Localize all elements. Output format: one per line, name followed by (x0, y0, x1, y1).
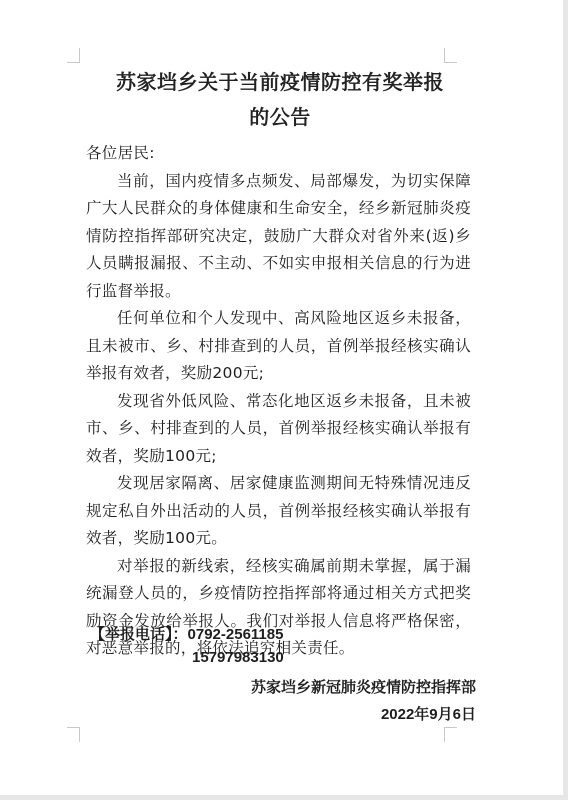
greeting: 各位居民: (86, 140, 471, 168)
paragraph-high-risk-reward: 任何单位和个人发现中、高风险地区返乡未报备，且未被市、乡、村排查到的人员，首例举… (86, 305, 471, 388)
hotline-label: 【举报电话】： (90, 625, 188, 643)
document-title-line-1: 苏家垱乡关于当前疫情防控有奖举报 (60, 66, 500, 95)
page-corner-mark-bottom-left (67, 727, 80, 742)
hotline-row: 【举报电话】：0792-2561185 (90, 622, 283, 647)
page-corner-mark-bottom-right (444, 727, 457, 742)
document-title-line-2: 的公告 (60, 101, 500, 130)
hotline-phone-1: 0792-2561185 (188, 626, 284, 643)
page-corner-mark-top-left (67, 48, 80, 63)
paragraph-quarantine-reward: 发现居家隔离、居家健康监测期间无特殊情况违反规定私自外出活动的人员，首例举报经核… (86, 470, 471, 553)
signature-date: 2022年9月6日 (381, 703, 476, 724)
hotline-phone-2: 15797983130 (192, 649, 284, 666)
document-body: 各位居民: 当前，国内疫情多点频发、局部爆发，为切实保障广大人民群众的身体健康和… (86, 140, 471, 663)
signature-organization: 苏家垱乡新冠肺炎疫情防控指挥部 (251, 676, 476, 697)
paragraph-low-risk-reward: 发现省外低风险、常态化地区返乡未报备，且未被市、乡、村排查到的人员，首例举报经核… (86, 388, 471, 471)
document-page: 苏家垱乡关于当前疫情防控有奖举报 的公告 各位居民: 当前，国内疫情多点频发、局… (0, 0, 564, 795)
paragraph-intro: 当前，国内疫情多点频发、局部爆发，为切实保障广大人民群众的身体健康和生命安全，经… (86, 168, 471, 306)
page-corner-mark-top-right (444, 48, 457, 63)
